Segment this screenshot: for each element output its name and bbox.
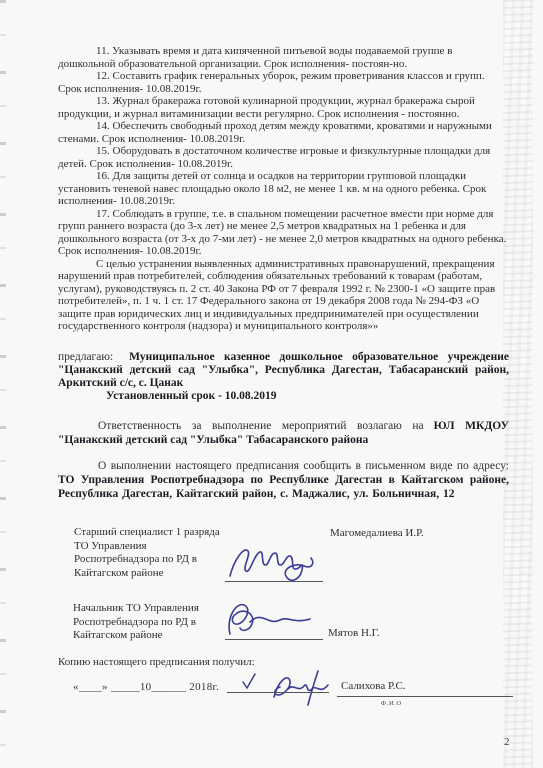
directive-item-15: 15. Оборудовать в достаточном количестве… xyxy=(58,145,509,170)
position-line: Кайтагском районе xyxy=(73,629,199,643)
legal-basis-paragraph: С целью устранения выявленных администра… xyxy=(58,258,509,333)
position-line: Роспотребнадзора по РД в xyxy=(74,553,220,567)
directive-item-16: 16. Для защиты детей от солнца и осадков… xyxy=(58,170,509,208)
document-content: 11. Указывать время и дата кипяченной пи… xyxy=(58,45,509,501)
page-number: 2 xyxy=(504,736,510,748)
receipt-date-line: «____» _____10______ 2018г. xyxy=(73,681,219,694)
signature-3-ink xyxy=(260,669,342,707)
signature-line xyxy=(225,581,323,582)
report-paragraph: О выполнении настоящего предписания сооб… xyxy=(58,459,509,501)
position-line: ТО Управления xyxy=(74,540,220,554)
recipient-name: Салихова Р.С. xyxy=(341,680,406,693)
position-line: Кайтагском районе xyxy=(74,567,220,581)
scan-artifact-left-edge xyxy=(0,0,6,768)
directive-item-12: 12. Составить график генеральных уборок,… xyxy=(58,70,509,95)
proposal-paragraph: предлагаю:Муниципальное казенное дошколь… xyxy=(58,351,509,391)
responsibility-prefix: Ответственность за выполнение мероприяти… xyxy=(98,420,424,432)
signature-line xyxy=(225,639,323,640)
signature-2-ink xyxy=(222,598,314,640)
proposal-organization: Муниципальное казенное дошкольное образо… xyxy=(58,351,509,389)
report-address: ТО Управления Роспотребнадзора по Респуб… xyxy=(58,474,509,500)
fio-underline xyxy=(337,696,513,697)
receipt-label: Копию настоящего предписания получил: xyxy=(58,656,255,669)
signature-1-ink xyxy=(224,542,324,582)
deadline-line: Установленный срок - 10.08.2019 xyxy=(58,390,509,403)
directive-item-14: 14. Обеспечить свободный проход детям ме… xyxy=(58,120,509,145)
directive-item-11: 11. Указывать время и дата кипяченной пи… xyxy=(58,45,509,70)
proposal-prefix: предлагаю: xyxy=(58,351,113,363)
checkmark-ink xyxy=(242,673,256,689)
signatory-name: Мятов Н.Г. xyxy=(328,627,380,640)
position-line: Начальник ТО Управления xyxy=(73,602,199,616)
deadline-text: Установленный срок - 10.08.2019 xyxy=(106,390,276,402)
responsibility-paragraph: Ответственность за выполнение мероприяти… xyxy=(58,420,509,447)
document-page: 11. Указывать время и дата кипяченной пи… xyxy=(0,0,543,768)
fio-label: Ф.И.О xyxy=(381,698,402,711)
signature-line xyxy=(227,692,329,693)
directive-item-17: 17. Соблюдать в группе, т.е. в спальном … xyxy=(58,208,509,258)
report-prefix: О выполнении настоящего предписания сооб… xyxy=(98,460,509,472)
signatory-name: Магомедалиева И.Р. xyxy=(330,527,424,540)
position-line: Роспотребнадзора по РД в xyxy=(73,616,199,630)
directive-item-13: 13. Журнал бракеража готовой кулинарной … xyxy=(58,95,509,120)
position-line: Старший специалист 1 разряда xyxy=(74,526,220,540)
signature-block-head: Начальник ТО Управления Роспотребнадзора… xyxy=(73,602,199,643)
signature-block-senior-specialist: Старший специалист 1 разряда ТО Управлен… xyxy=(74,526,220,580)
